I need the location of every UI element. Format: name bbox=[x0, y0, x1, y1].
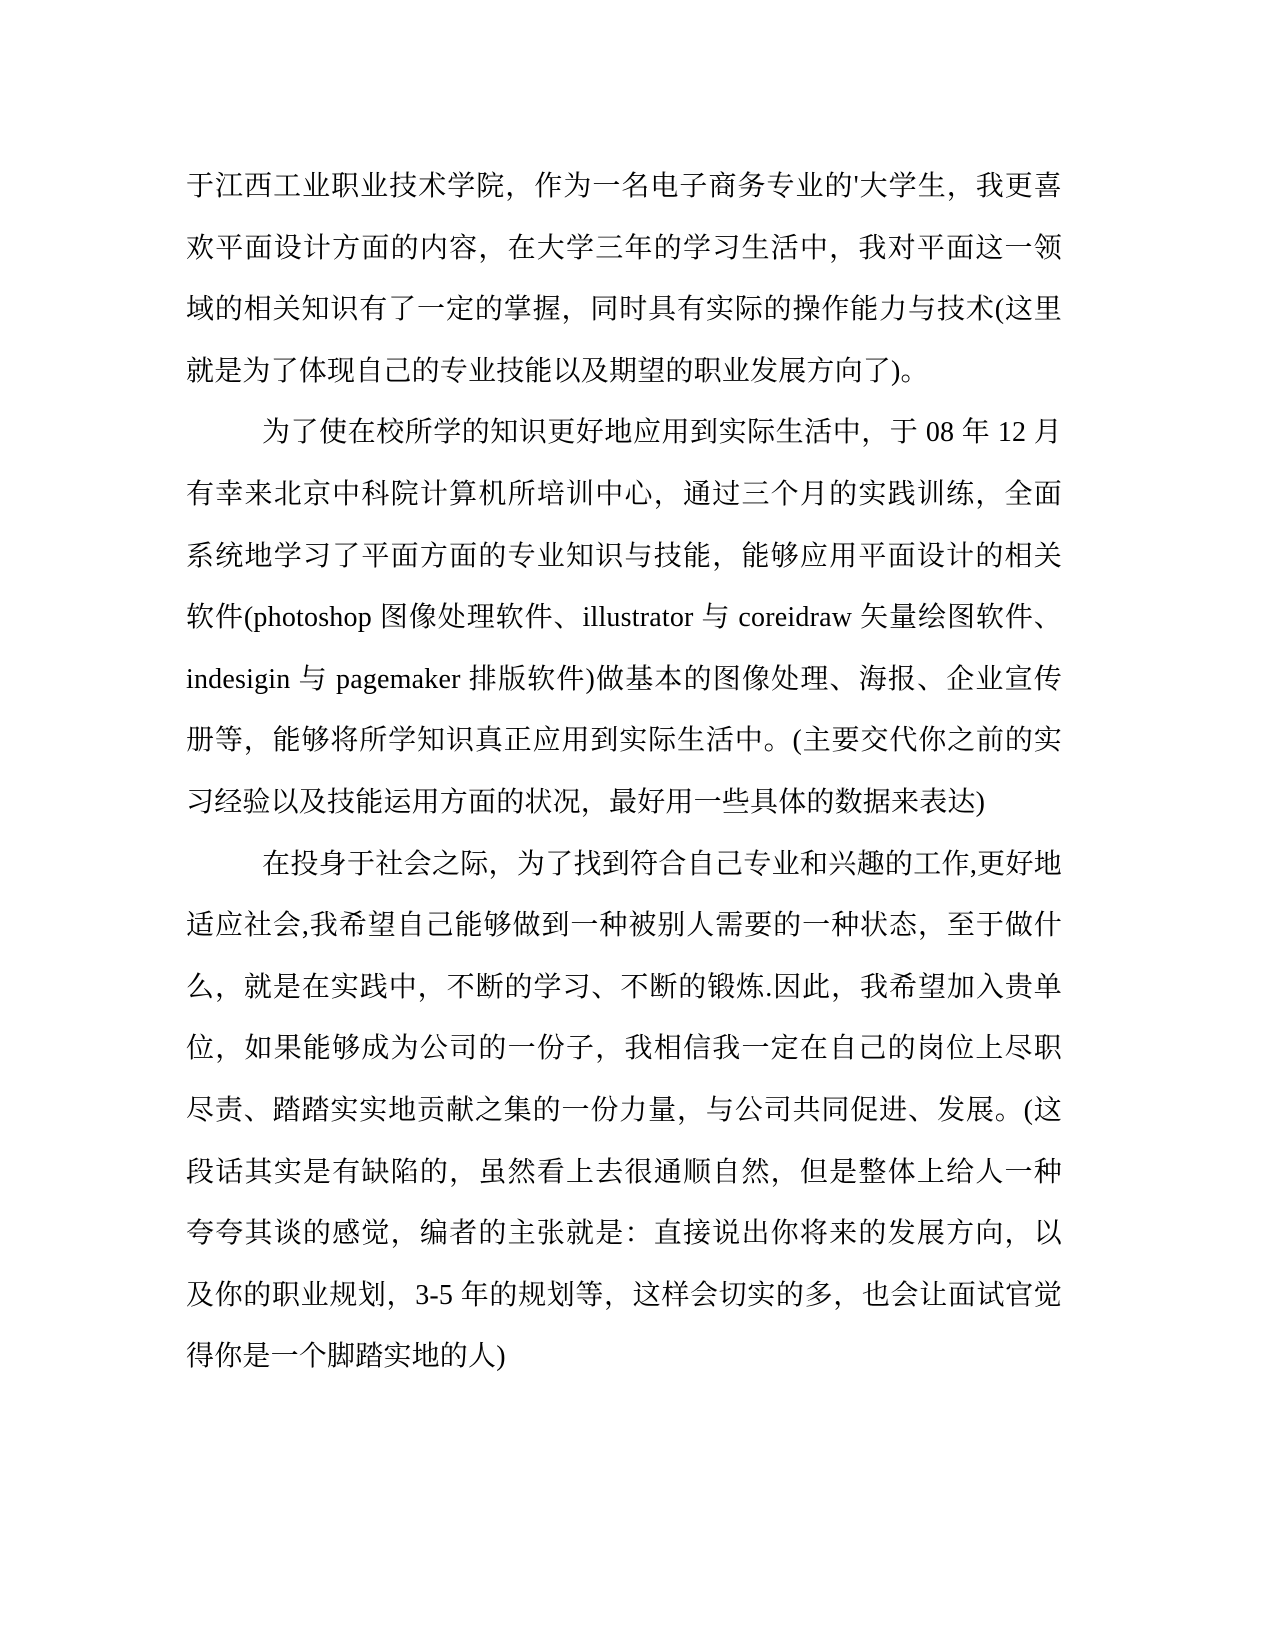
text-line: 软件(photoshop 图像处理软件、illustrator 与 coreid… bbox=[186, 587, 1062, 649]
text-line: 及你的职业规划，3-5 年的规划等，这样会切实的多，也会让面试官觉 bbox=[186, 1265, 1062, 1327]
text-line: 欢平面设计方面的内容，在大学三年的学习生活中，我对平面这一领 bbox=[186, 218, 1062, 280]
text-line: 在投身于社会之际，为了找到符合自己专业和兴趣的工作,更好地 bbox=[186, 834, 1062, 896]
document-page: 于江西工业职业技术学院，作为一名电子商务专业的'大学生，我更喜 欢平面设计方面的… bbox=[0, 0, 1275, 1650]
text-line: 就是为了体现自己的专业技能以及期望的职业发展方向了)。 bbox=[186, 341, 1062, 403]
text-line: 于江西工业职业技术学院，作为一名电子商务专业的'大学生，我更喜 bbox=[186, 156, 1062, 218]
text-line: 域的相关知识有了一定的掌握，同时具有实际的操作能力与技术(这里 bbox=[186, 279, 1062, 341]
text-line: 夸夸其谈的感觉，编者的主张就是：直接说出你将来的发展方向，以 bbox=[186, 1203, 1062, 1265]
text-line: 尽责、踏踏实实地贡献之集的一份力量，与公司共同促进、发展。(这 bbox=[186, 1080, 1062, 1142]
text-line: 有幸来北京中科院计算机所培训中心，通过三个月的实践训练，全面 bbox=[186, 464, 1062, 526]
text-line: 册等，能够将所学知识真正应用到实际生活中。(主要交代你之前的实 bbox=[186, 710, 1062, 772]
text-line: 习经验以及技能运用方面的状况，最好用一些具体的数据来表达) bbox=[186, 772, 1062, 834]
text-line: 么，就是在实践中，不断的学习、不断的锻炼.因此，我希望加入贵单 bbox=[186, 957, 1062, 1019]
text-line: 位，如果能够成为公司的一份子，我相信我一定在自己的岗位上尽职 bbox=[186, 1018, 1062, 1080]
text-line: 段话其实是有缺陷的，虽然看上去很通顺自然，但是整体上给人一种 bbox=[186, 1142, 1062, 1204]
text-line: 适应社会,我希望自己能够做到一种被别人需要的一种状态，至于做什 bbox=[186, 895, 1062, 957]
text-line: indesigin 与 pagemaker 排版软件)做基本的图像处理、海报、企… bbox=[186, 649, 1062, 711]
document-text-block: 于江西工业职业技术学院，作为一名电子商务专业的'大学生，我更喜 欢平面设计方面的… bbox=[186, 156, 1062, 1388]
text-line: 得你是一个脚踏实地的人) bbox=[186, 1326, 1062, 1388]
text-line: 为了使在校所学的知识更好地应用到实际生活中，于 08 年 12 月 bbox=[186, 402, 1062, 464]
text-line: 系统地学习了平面方面的专业知识与技能，能够应用平面设计的相关 bbox=[186, 526, 1062, 588]
